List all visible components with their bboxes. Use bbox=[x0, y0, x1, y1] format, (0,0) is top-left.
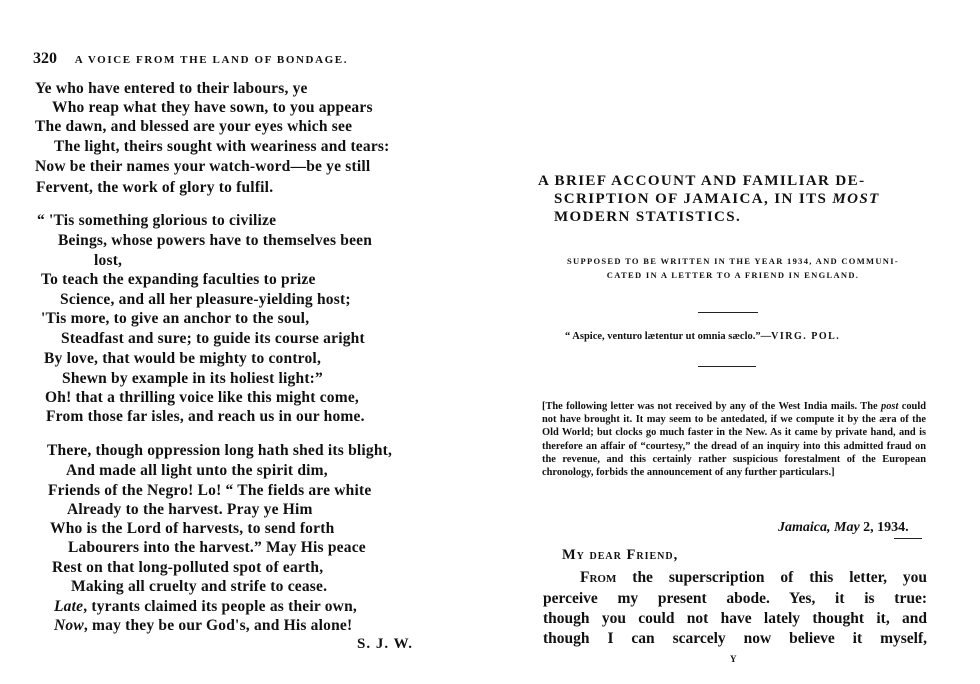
poem-line: Shewn by example in its holiest light:” bbox=[62, 370, 323, 388]
poem-line: By love, that would be mighty to control… bbox=[44, 350, 321, 368]
poem-line: The light, theirs sought with weariness … bbox=[54, 138, 390, 156]
poem-line: Science, and all her pleasure-yielding h… bbox=[60, 291, 351, 309]
article-title: A BRIEF ACCOUNT AND FAMILIAR DE- SCRIPTI… bbox=[538, 172, 880, 226]
italic-word: Late bbox=[54, 598, 83, 615]
poem-line: Friends of the Negro! Lo! “ The fields a… bbox=[48, 482, 371, 500]
title-line-1: A BRIEF ACCOUNT AND FAMILIAR DE- bbox=[538, 173, 865, 189]
running-head: 320 A VOICE FROM THE LAND OF BONDAGE. bbox=[33, 50, 348, 68]
poem-line: Making all cruelty and strife to cease. bbox=[71, 578, 327, 596]
poem-line: Ye who have entered to their labours, ye bbox=[35, 80, 308, 98]
poem-line: The dawn, and blessed are your eyes whic… bbox=[35, 118, 352, 136]
poem-line: Already to the harvest. Pray ye Him bbox=[67, 501, 313, 519]
body-line: though I can scarcely now believe it mys… bbox=[543, 630, 927, 648]
epigraph: “ Aspice, venturo lætentur ut omnia sæcl… bbox=[565, 331, 840, 342]
divider-rule bbox=[698, 366, 756, 367]
poem-line: Rest on that long-polluted spot of earth… bbox=[52, 559, 323, 577]
body-line: though you could not have lately thought… bbox=[543, 610, 927, 628]
salutation: My dear Friend, bbox=[562, 547, 678, 564]
body-line: perceive my present abode. Yes, it is tr… bbox=[543, 590, 927, 608]
poem-line: Beings, whose powers have to themselves … bbox=[58, 232, 372, 250]
poem-line: Oh! that a thrilling voice like this mig… bbox=[45, 389, 359, 407]
page-number: 320 bbox=[33, 50, 57, 67]
italic-word: Now bbox=[54, 617, 84, 634]
editorial-note: [The following letter was not received b… bbox=[542, 400, 926, 479]
poem-line: Now, may they be our God's, and His alon… bbox=[54, 617, 352, 635]
poem-line: Who reap what they have sown, to you app… bbox=[52, 99, 373, 117]
poem-line: Fervent, the work of glory to fulfil. bbox=[36, 179, 273, 197]
divider-rule bbox=[698, 312, 758, 313]
poem-line: “ 'Tis something glorious to civilize bbox=[37, 212, 276, 230]
article-subtitle: SUPPOSED TO BE WRITTEN IN THE YEAR 1934,… bbox=[538, 254, 928, 282]
poem-line: From those far isles, and reach us in ou… bbox=[46, 408, 365, 426]
poem-line: To teach the expanding faculties to priz… bbox=[41, 271, 316, 289]
poem-line: 'Tis more, to give an anchor to the soul… bbox=[41, 310, 309, 328]
epigraph-attribution: VIRG. POL. bbox=[771, 331, 840, 342]
right-page: A BRIEF ACCOUNT AND FAMILIAR DE- SCRIPTI… bbox=[500, 0, 980, 684]
body-line: From the superscription of this letter, … bbox=[580, 569, 927, 587]
dateline: Jamaica, May 2, 1934. bbox=[778, 520, 909, 536]
title-line-3: MODERN STATISTICS. bbox=[538, 208, 880, 226]
left-page: 320 A VOICE FROM THE LAND OF BONDAGE. Ye… bbox=[0, 0, 480, 684]
poem-line: Now be their names your watch-word—be ye… bbox=[35, 158, 370, 176]
title-line-2: SCRIPTION OF JAMAICA, IN ITS MOST bbox=[538, 190, 880, 208]
poem-signature: S. J. W. bbox=[357, 636, 413, 653]
running-head-title: A VOICE FROM THE LAND OF BONDAGE. bbox=[75, 54, 348, 66]
signature-mark: Y bbox=[730, 654, 737, 664]
poem-line: There, though oppression long hath shed … bbox=[47, 442, 392, 460]
poem-line: Labourers into the harvest.” May His pea… bbox=[68, 539, 366, 557]
poem-line: Steadfast and sure; to guide its course … bbox=[61, 330, 365, 348]
date-underline bbox=[894, 538, 922, 539]
poem-line: lost, bbox=[94, 252, 122, 270]
poem-line: Late, tyrants claimed its people as thei… bbox=[54, 598, 357, 616]
poem-line: Who is the Lord of harvests, to send for… bbox=[50, 520, 334, 538]
poem-line: And made all light unto the spirit dim, bbox=[66, 462, 328, 480]
epigraph-quote: “ Aspice, venturo lætentur ut omnia sæcl… bbox=[565, 331, 771, 342]
